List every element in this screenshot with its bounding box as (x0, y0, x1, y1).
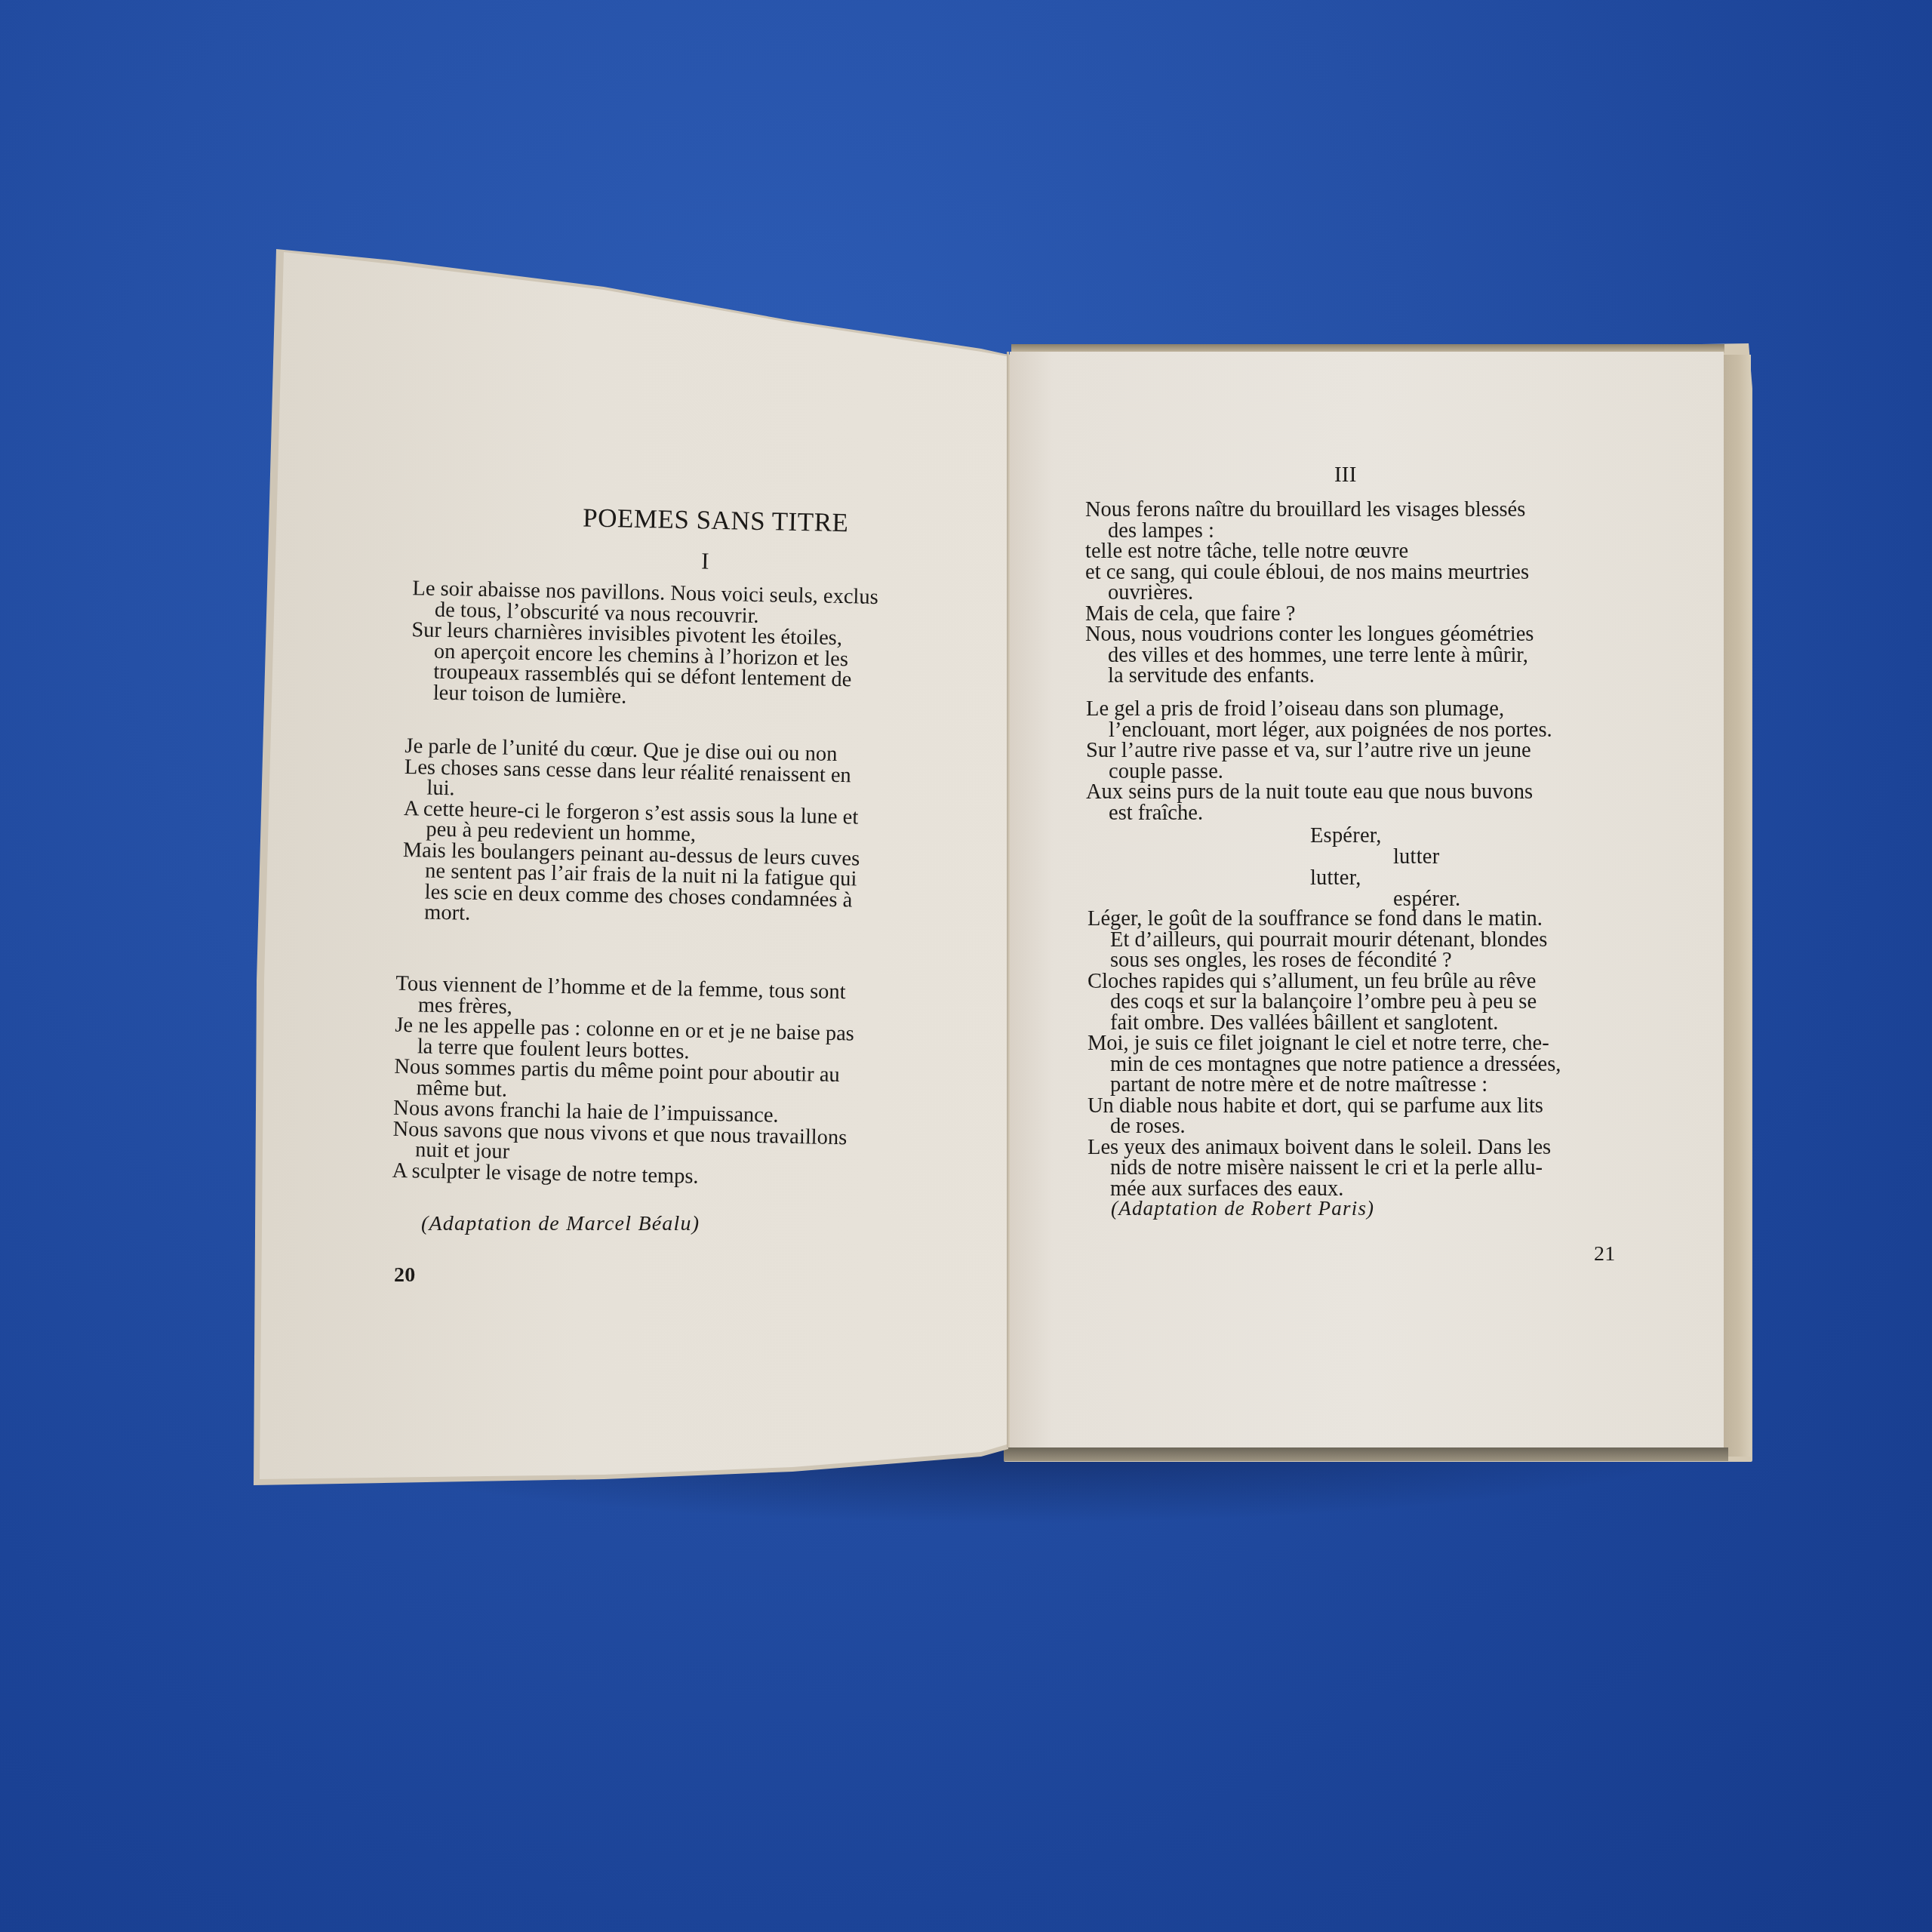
poem-line: des villes et des hommes, une terre lent… (1085, 645, 1534, 666)
poem-line: nids de notre misère naissent le cri et … (1088, 1158, 1561, 1179)
page-title: POEMES SANS TITRE (583, 507, 849, 533)
poem-stanza: Je parle de l’unité du cœur. Que je dise… (401, 736, 862, 931)
section-heading-i: I (701, 550, 709, 571)
page-number-left: 20 (394, 1265, 415, 1285)
refrain-line: lutter, (1310, 868, 1361, 888)
poem-stanza: Léger, le goût de la souffrance se fond … (1088, 909, 1561, 1199)
poem-line: min de ces montagnes que notre patience … (1088, 1054, 1561, 1075)
cover-bottom-edge (1004, 1447, 1728, 1461)
poem-stanza: Le gel a pris de froid l’oiseau dans son… (1086, 699, 1552, 823)
poem-line: fait ombre. Des vallées bâillent et sang… (1088, 1013, 1561, 1034)
poem-line: et ce sang, qui coule ébloui, de nos mai… (1085, 562, 1534, 583)
poem-line: Et d’ailleurs, qui pourrait mourir déten… (1088, 930, 1561, 951)
poem-line: Mais de cela, que faire ? (1085, 604, 1534, 625)
poem-line: la servitude des enfants. (1085, 666, 1534, 687)
poem-line: Cloches rapides qui s’allument, un feu b… (1088, 971, 1561, 992)
poem-line: sous ses ongles, les roses de fécondité … (1088, 950, 1561, 971)
refrain-line: espérer. (1393, 889, 1460, 909)
poem-line: Aux seins purs de la nuit toute eau que … (1086, 782, 1552, 803)
page-number-right: 21 (1594, 1244, 1615, 1264)
poem-line: Le gel a pris de froid l’oiseau dans son… (1086, 699, 1552, 720)
poem-stanza: Nous ferons naître du brouillard les vis… (1085, 500, 1534, 687)
poem-line: des lampes : (1085, 521, 1534, 542)
poem-line: Léger, le goût de la souffrance se fond … (1088, 909, 1561, 930)
poem-line: Sur l’autre rive passe et va, sur l’autr… (1086, 740, 1552, 761)
poem-line: telle est notre tâche, telle notre œuvre (1085, 541, 1534, 562)
poem-line: Moi, je suis ce filet joignant le ciel e… (1088, 1033, 1561, 1054)
book-spine (1007, 352, 1009, 1447)
poem-line: mée aux surfaces des eaux. (1088, 1179, 1561, 1200)
poem-line: ouvrières. (1085, 583, 1534, 604)
section-heading-iii: III (1334, 465, 1357, 485)
poem-line: partant de notre mère et de notre maître… (1088, 1075, 1561, 1096)
poem-line: est fraîche. (1086, 803, 1552, 824)
cover-edge (1721, 355, 1751, 1457)
attribution-right: (Adaptation de Robert Paris) (1111, 1198, 1374, 1219)
poem-line: couple passe. (1086, 761, 1552, 783)
poem-line: Un diable nous habite et dort, qui se pa… (1088, 1096, 1561, 1117)
poem-line: des coqs et sur la balançoire l’ombre pe… (1088, 992, 1561, 1013)
poem-stanza: Le soir abaisse nos pavillons. Nous voic… (411, 578, 878, 712)
refrain-line: Espérer, (1310, 826, 1382, 846)
poem-line: de roses. (1088, 1116, 1561, 1137)
poem-line: Les yeux des animaux boivent dans le sol… (1088, 1137, 1561, 1158)
refrain-line: lutter (1393, 847, 1439, 867)
poem-line: Nous, nous voudrions conter les longues … (1085, 624, 1534, 645)
attribution-left: (Adaptation de Marcel Béalu) (421, 1214, 700, 1234)
poem-line: l’enclouant, mort léger, aux poignées de… (1086, 720, 1552, 741)
poem-line: Nous ferons naître du brouillard les vis… (1085, 500, 1534, 521)
poem-stanza: Tous viennent de l’homme et de la femme,… (392, 974, 855, 1190)
